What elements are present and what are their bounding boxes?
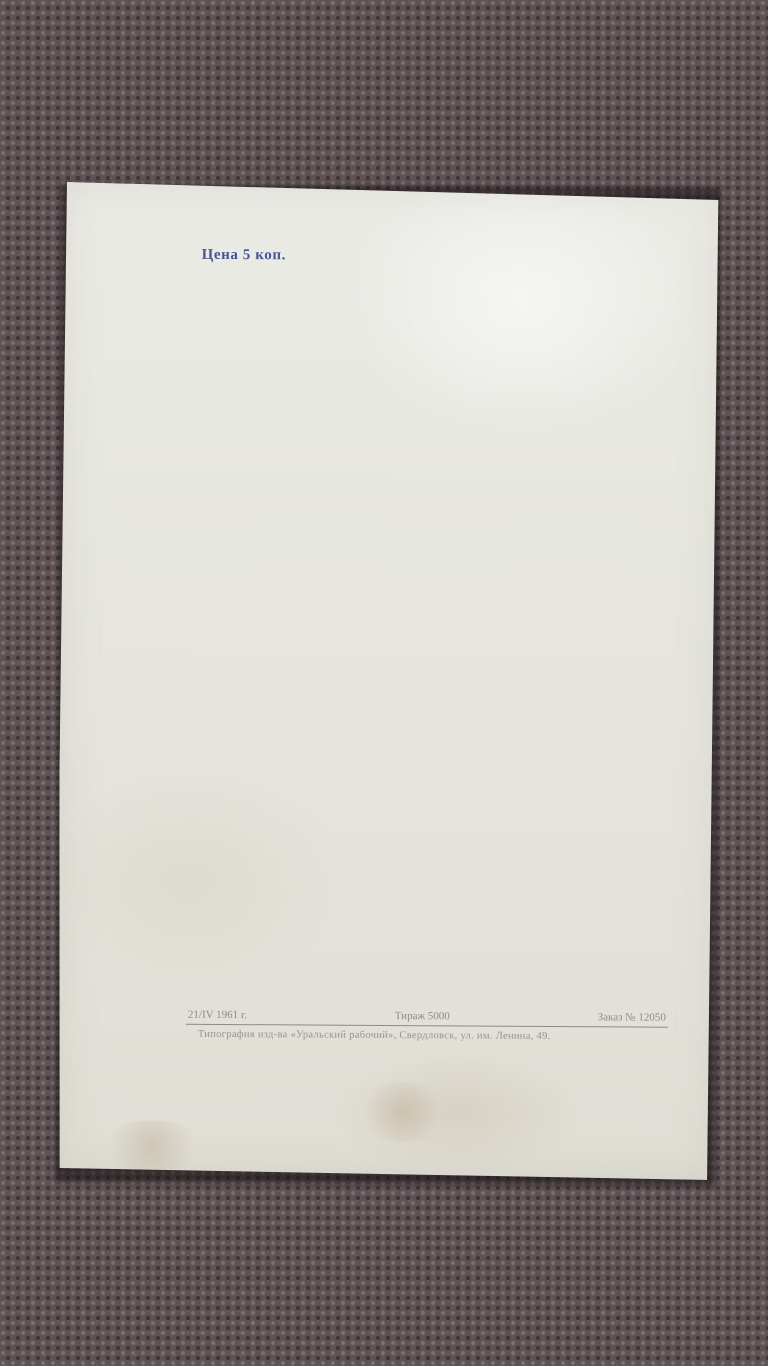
paper-stain [357,1082,447,1143]
paper-sheet: Цена 5 коп. 21/IV 1961 г. Тираж 5000 Зак… [57,180,721,1180]
signed-date: 21/IV 1961 г. [188,1009,247,1021]
order-number: Заказ № 12050 [598,1011,666,1023]
printer-line: Типография изд-ва «Уральский рабочий», С… [186,1025,668,1043]
print-run: Тираж 5000 [395,1010,450,1022]
imprint-block: 21/IV 1961 г. Тираж 5000 Заказ № 12050 Т… [186,1009,668,1043]
price-label: Цена 5 коп. [202,247,287,265]
paper-stain [97,1120,207,1171]
